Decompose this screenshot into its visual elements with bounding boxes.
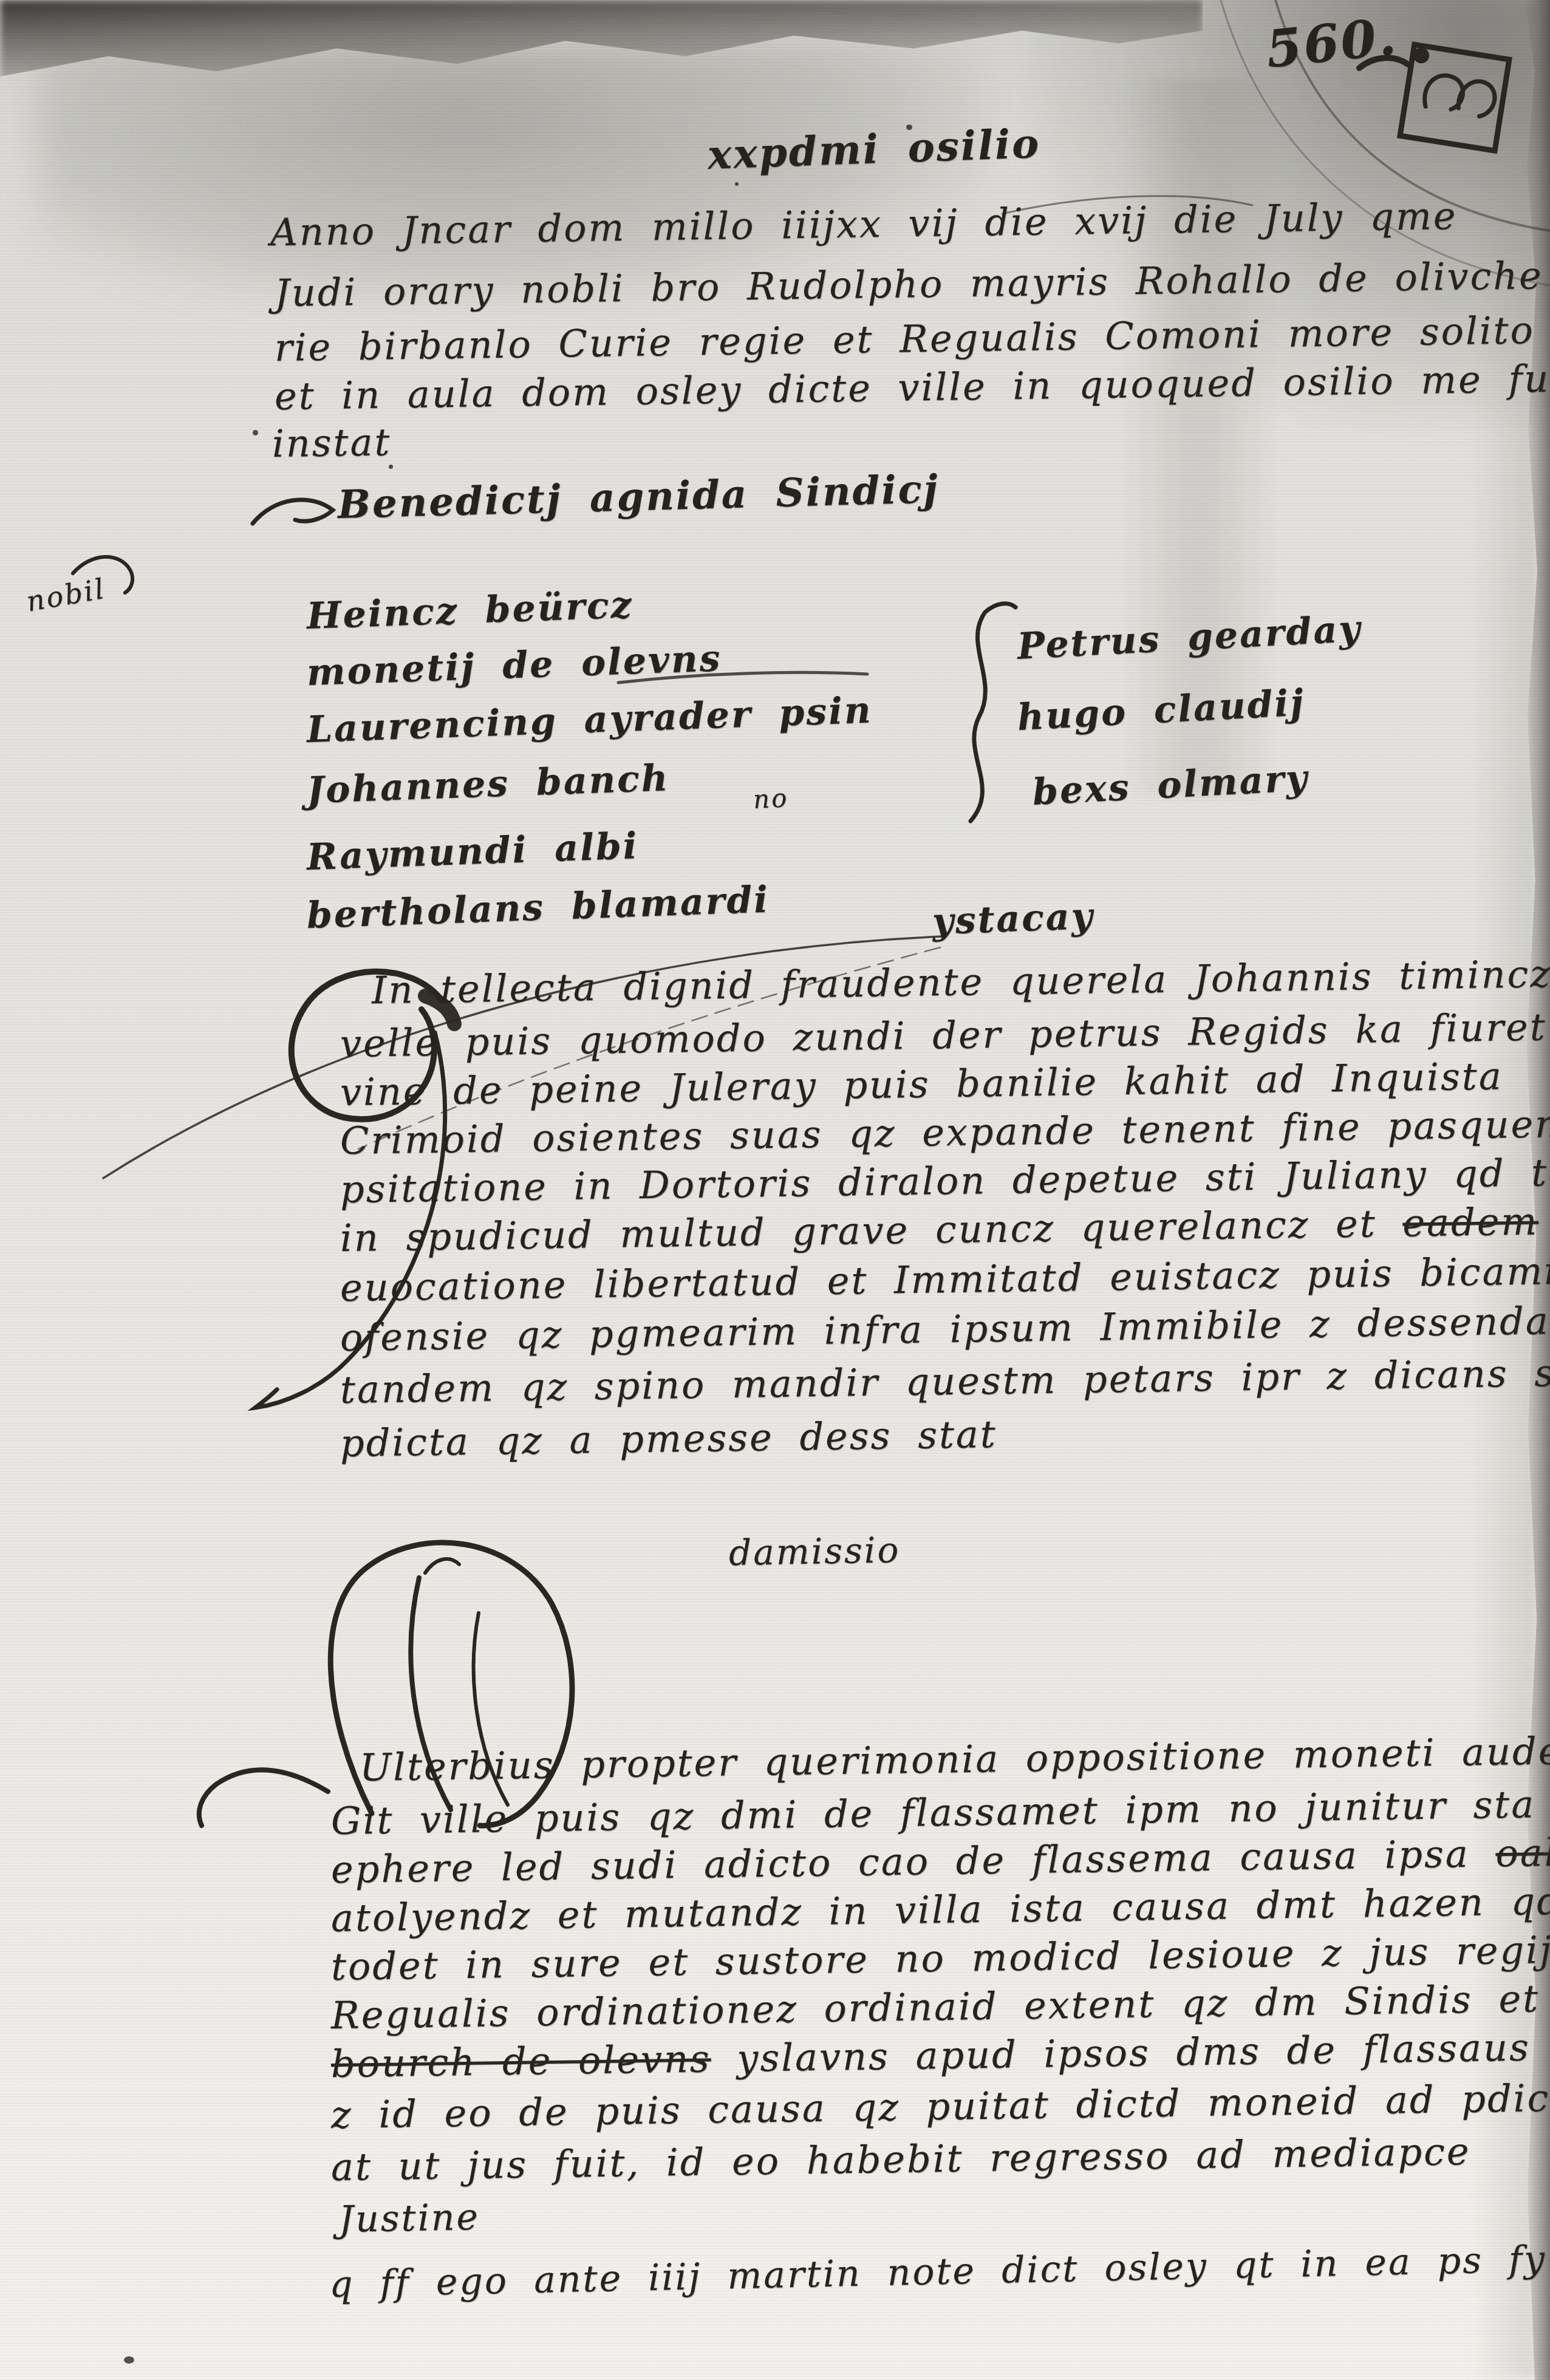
paragraph-line: Crimoid osientes suas qz expande tenent …: [340, 1105, 1550, 1160]
paragraph-line: instat: [272, 423, 392, 463]
ink-speck: [253, 430, 258, 435]
attendee-name: Laurencing ayrader psin: [306, 692, 873, 748]
attendee-name: Raymundi albi: [306, 828, 640, 876]
paragraph-text: yslavns apud ipsos dms de flassaus: [737, 2025, 1531, 2080]
paragraph-line: Regualis ordinationez ordinaid extent qz…: [331, 1978, 1550, 2034]
margin-note: nobil: [24, 575, 108, 616]
section-heading: damissio: [728, 1532, 900, 1570]
attendee-name: bertholans blamardi: [306, 881, 770, 934]
attendee-name: bexs olmary: [1031, 760, 1309, 811]
attendees-brace: [971, 604, 1016, 821]
paragraph-line: psitatione in Dortoris diralon depetue s…: [340, 1153, 1550, 1209]
attendee-name: monetij de olevns: [306, 640, 722, 691]
paragraph-line: todet in sure et sustore no modicd lesio…: [331, 1930, 1550, 1986]
paragraph-line: Ulterbius propter querimonia oppositione…: [360, 1731, 1550, 1787]
strikethrough-text: oalyer: [1495, 1829, 1550, 1875]
paragraph-line: in spudicud multud grave cuncz querelanc…: [340, 1202, 1539, 1257]
paragraph-line: atolyendz et mutandz in villa ista causa…: [331, 1883, 1550, 1937]
paragraph-line: tandem qz spino mandir questm petars ipr…: [340, 1354, 1550, 1409]
paragraph-line: velle puis quomodo zundi der petrus Regi…: [340, 1008, 1547, 1063]
paragraph-line: vine de peine Juleray puis banilie kahit…: [340, 1057, 1503, 1111]
paragraph-line: bourch de olevns yslavns apud ipsos dms …: [331, 2028, 1531, 2083]
paragraph-line: at ut jus fuit, id eo habebit regresso a…: [331, 2133, 1471, 2186]
attendee-name: Heincz beürcz: [306, 587, 634, 635]
subheading-swash: [253, 500, 333, 523]
inter-column-note: no: [753, 785, 789, 813]
paragraph-line: In tellecta dignid fraudente querela Joh…: [372, 954, 1550, 1009]
paragraph-line: euocatione libertatud et Immitatd euista…: [340, 1252, 1550, 1307]
folio-number: 560.: [1264, 11, 1400, 75]
attendee-name: ystacay: [932, 898, 1094, 940]
manuscript-page: 560. xxpdmi osilio Anno Jncar dom millo …: [0, 0, 1550, 2380]
subheading: Benedictj agnida Sindicj: [337, 470, 940, 525]
paragraph-line: ephere led sudi adicto cao de flassema c…: [331, 1833, 1550, 1889]
ink-speck: [735, 182, 739, 186]
paragraph-line: z id eo de puis causa qz puitat dictd mo…: [331, 2079, 1550, 2134]
attendee-name: Johannes banch: [306, 760, 670, 809]
strikethrough-text: bourch de olevns: [330, 2036, 711, 2086]
attendee-name: Petrus gearday: [1016, 610, 1362, 665]
paragraph-line: pdicta qz a pmesse dess stat: [340, 1416, 998, 1462]
ink-speck: [124, 2356, 134, 2364]
closing-word: Justine: [338, 2199, 480, 2238]
paragraph-text: in spudicud multud grave cuncz querelanc…: [340, 1201, 1377, 1260]
document-heading: xxpdmi osilio: [707, 123, 1041, 175]
notary-subscription: q ff ego ante iiij martin note dict osle…: [329, 2241, 1546, 2303]
paragraph-line: ofensie qz pgmearim infra ipsum Immibile…: [340, 1302, 1550, 1357]
ornament-flourish-curl: [425, 1559, 459, 1573]
ink-speck: [389, 465, 393, 469]
paragraph-line: Git ville puis qz dmi de flassamet ipm n…: [331, 1785, 1536, 1840]
ink-speck: [906, 124, 912, 130]
strikethrough-text: eadem: [1402, 1199, 1539, 1245]
ornament-flourish-comma: [199, 1770, 328, 1826]
